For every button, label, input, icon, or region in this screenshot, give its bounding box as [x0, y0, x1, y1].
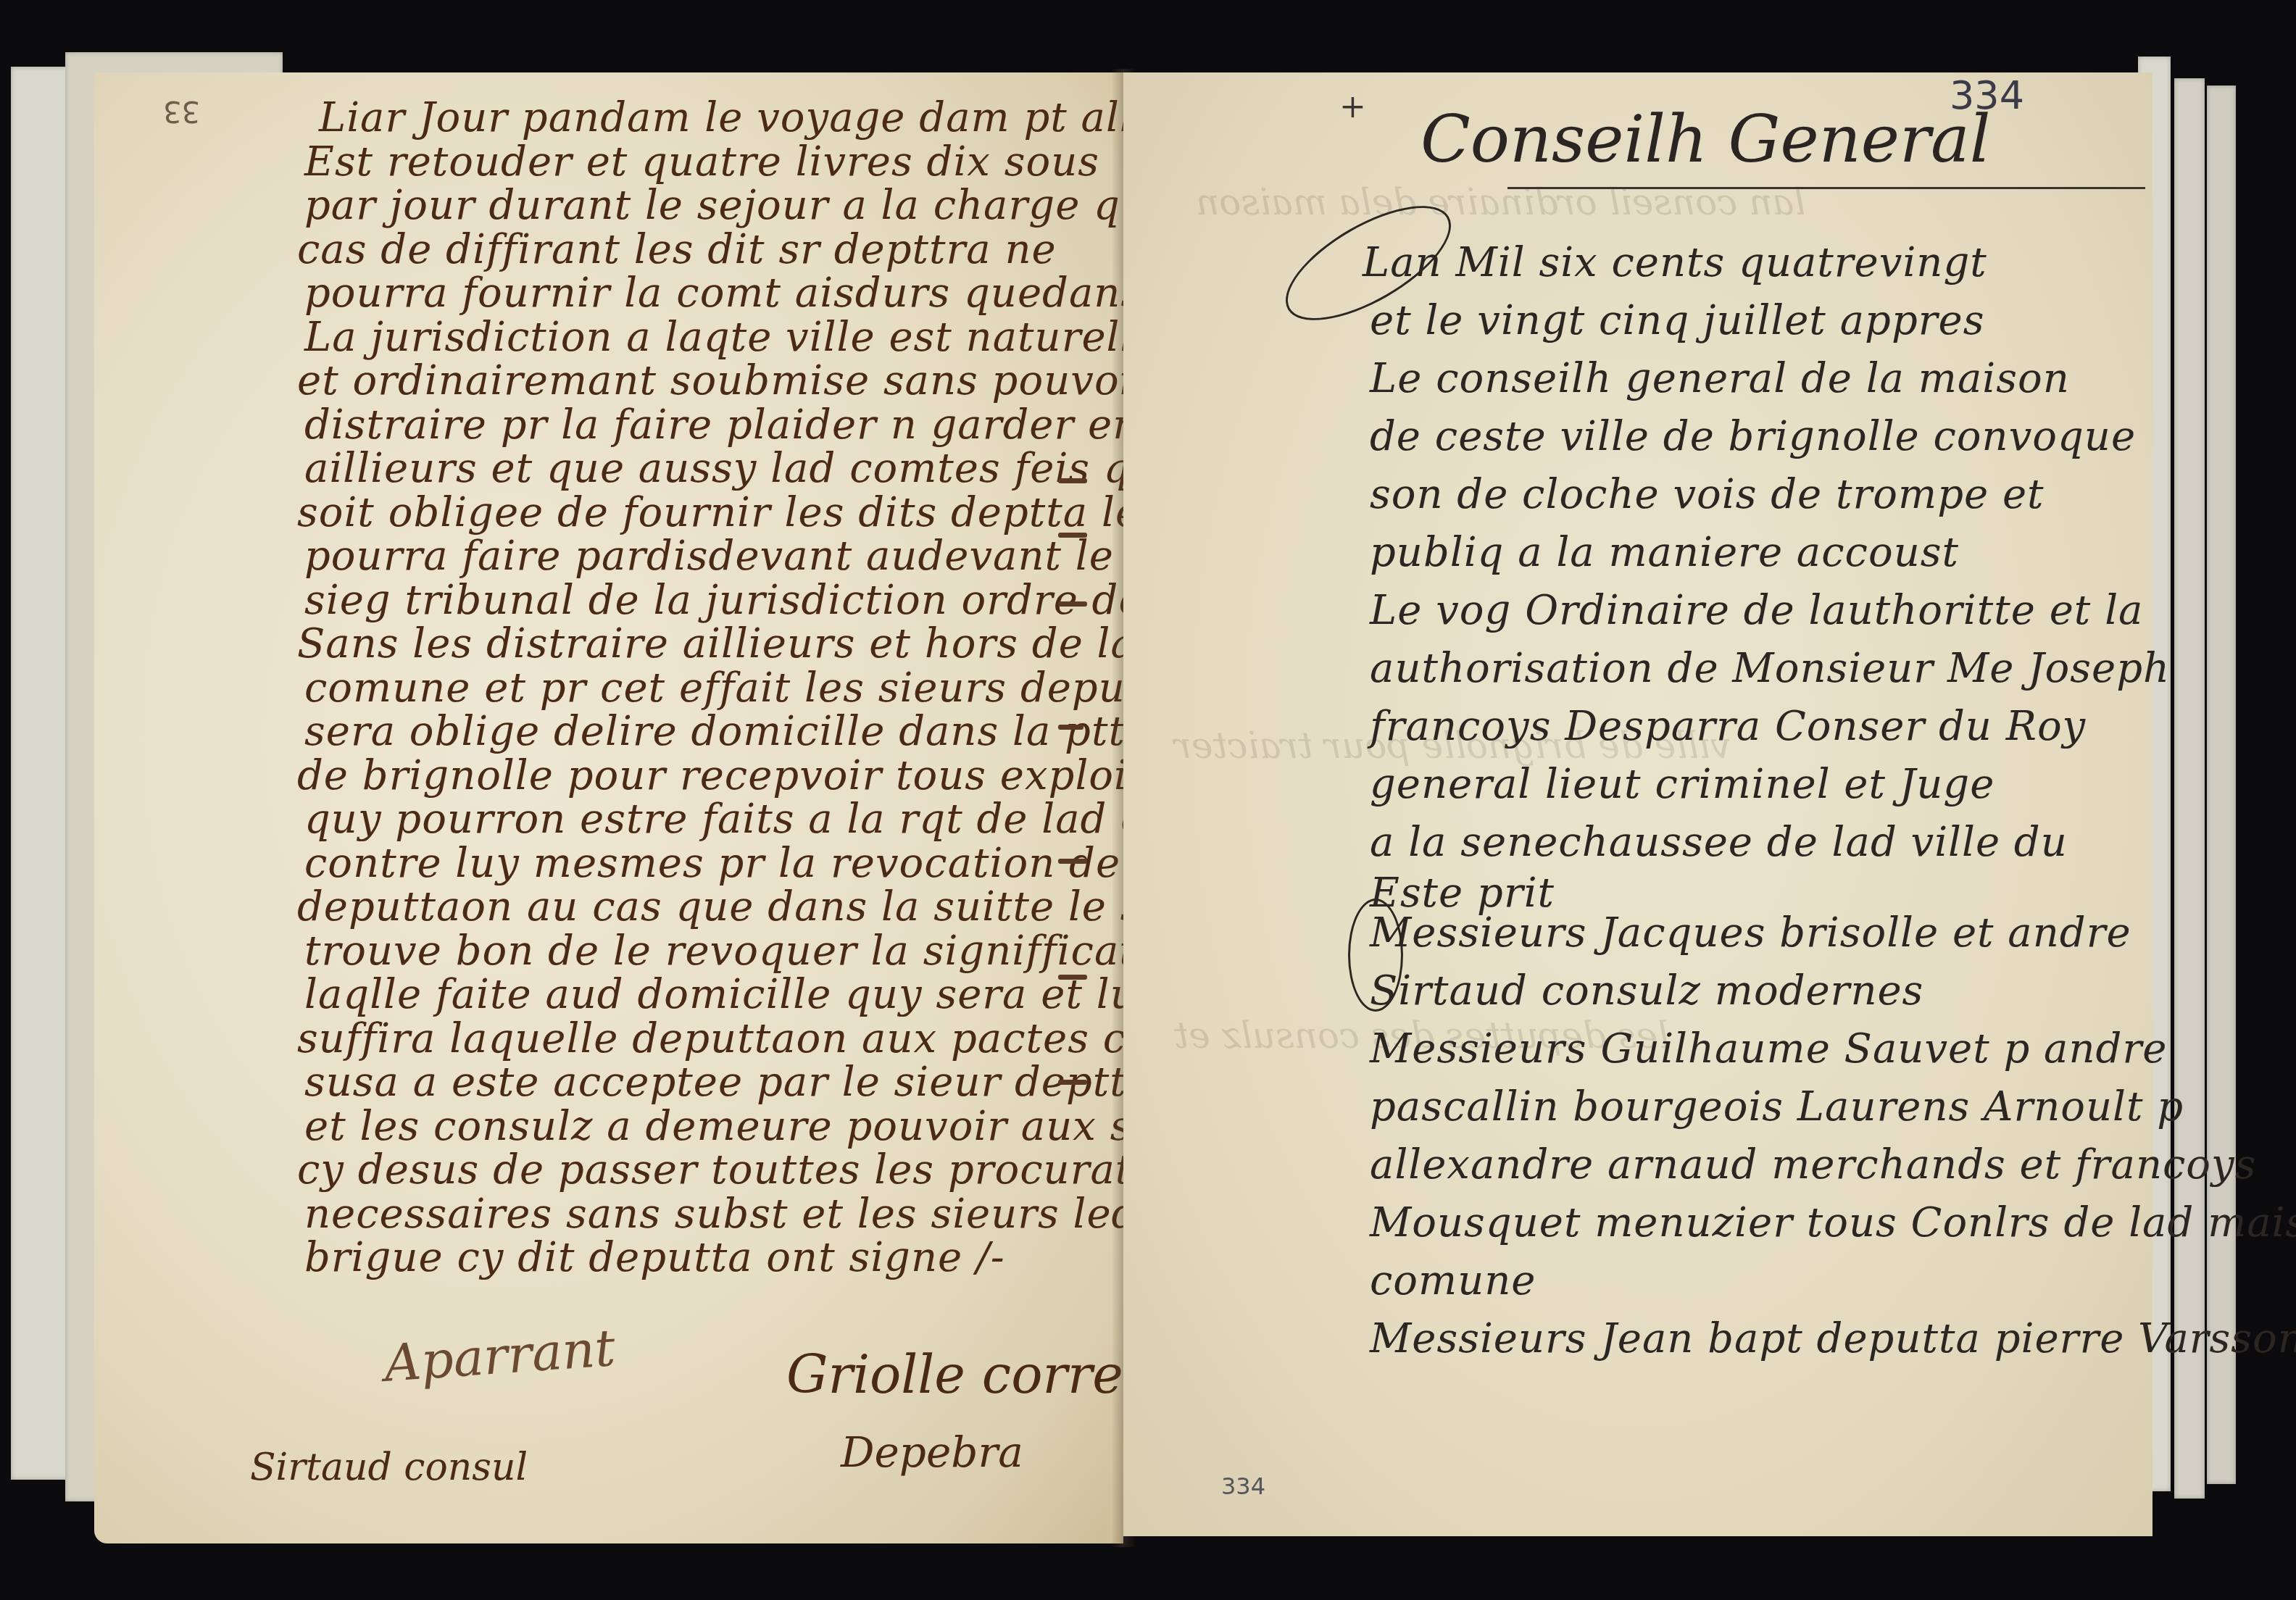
- manuscript-line: publiq a la maniere accoust: [1370, 529, 1959, 576]
- manuscript-line: brigue cy dit deputta ont signe /-: [304, 1234, 1005, 1281]
- manuscript-line: son de cloche vois de trompe et: [1370, 471, 2045, 518]
- manuscript-line: allexandre arnaud merchands et francoys: [1370, 1141, 2256, 1188]
- manuscript-line: et le vingt cinq juillet appres: [1370, 297, 1984, 344]
- manuscript-line: Sans les distraire aillieurs et hors de …: [297, 620, 1136, 667]
- manuscript-line: et les consulz a demeure pouvoir aux sie…: [304, 1103, 1239, 1150]
- manuscript-line: La jurisdiction a laqte ville est nature…: [304, 314, 1215, 361]
- underlying-page-right-3: [2207, 86, 2236, 1484]
- manuscript-line: pascallin bourgeois Laurens Arnoult p: [1370, 1083, 2184, 1130]
- manuscript-line: et ordinairemant soubmise sans pouvoir l…: [297, 357, 1205, 404]
- manuscript-line: de ceste ville de brignolle convoque: [1370, 413, 2136, 460]
- manuscript-line: general lieut criminel et Juge: [1370, 761, 1995, 808]
- signature-sirtaud: Sirtaud consul: [250, 1446, 528, 1489]
- manuscript-line: contre luy mesmes pr la revocation de sa: [304, 840, 1181, 887]
- line-filler-dash: [1058, 601, 1087, 607]
- line-filler-dash: [1058, 859, 1087, 864]
- manuscript-line: Messieurs Guilhaume Sauvet p andre: [1370, 1025, 2167, 1072]
- manuscript-line: quy pourron estre faits a la rqt de lad …: [304, 796, 1226, 843]
- manuscript-line: authorisation de Monsieur Me Joseph: [1370, 645, 2170, 692]
- line-filler-dash: [1058, 975, 1087, 980]
- manuscript-line: cy desus de passer touttes les procurati…: [297, 1146, 1220, 1193]
- cross-mark: +: [1339, 88, 1366, 125]
- manuscript-line: sieg tribunal de la jurisdiction ordre d…: [304, 577, 1232, 624]
- line-filler-dash: [1058, 533, 1087, 538]
- line-filler-dash: [1058, 725, 1083, 730]
- manuscript-line: necessaires sans subst et les sieurs led…: [304, 1191, 1169, 1238]
- manuscript-line: a la senechaussee de lad ville du: [1370, 819, 2068, 866]
- manuscript-line: de brignolle pour recepvoir tous exploit…: [297, 752, 1167, 799]
- pencil-page-number: 334: [1221, 1472, 1265, 1500]
- manuscript-line: Le vog Ordinaire de lauthoritte et la: [1370, 587, 2143, 634]
- manuscript-line: pourra fournir la comt aisdurs quedans: [304, 270, 1142, 317]
- underlying-page-right-2: [2174, 78, 2205, 1499]
- signature-griolle: Griolle corret: [786, 1344, 1144, 1405]
- manuscript-line: Le conseilh general de la maison: [1370, 355, 2070, 402]
- manuscript-line: Sirtaud consulz modernes: [1370, 967, 1923, 1014]
- manuscript-line: Messieurs Jacques brisolle et andre: [1370, 909, 2131, 957]
- manuscript-line: laqlle faite aud domicille quy sera et l…: [304, 971, 1160, 1018]
- manuscript-line: pourra faire pardisdevant audevant le: [304, 533, 1114, 580]
- manuscript-line: par jour durant le sejour a la charge qu…: [304, 182, 1171, 229]
- manuscript-line: francoys Desparra Conser du Roy: [1370, 703, 2086, 750]
- manuscript-line: cas de diffirant les dit sr depttra ne: [297, 226, 1057, 273]
- line-filler-dash: [1058, 478, 1087, 483]
- heading-underline: [1507, 187, 2145, 189]
- manuscript-line: soit obligee de fournir les dits deptta …: [297, 489, 1140, 536]
- manuscript-line: aillieurs et que aussy lad comtes feis q…: [304, 445, 1234, 492]
- manuscript-line: Liar Jour pandam le voyage dam pt allr: [319, 94, 1154, 141]
- line-filler-dash: [1058, 1080, 1087, 1085]
- left-folio-number: 33: [163, 94, 200, 128]
- manuscript-line: Mousquet menuzier tous Conlrs de lad mai…: [1370, 1199, 2296, 1246]
- manuscript-line: Lan Mil six cents quatrevingt: [1363, 239, 1987, 286]
- manuscript-line: deputtaon au cas que dans la suitte le s…: [297, 883, 1207, 930]
- manuscript-line: comune et pr cet effait les sieurs deput…: [304, 664, 1184, 712]
- manuscript-line: distraire pr la faire plaider n garder e…: [304, 401, 1139, 449]
- manuscript-line: comune: [1370, 1257, 1536, 1304]
- manuscript-line: Est retouder et quatre livres dix sous: [304, 138, 1099, 186]
- signature-depebra: Depebra: [841, 1428, 1023, 1477]
- section-heading: Conseilh General: [1421, 101, 1990, 178]
- manuscript-line: Messieurs Jean bapt deputta pierre Varss…: [1370, 1315, 2296, 1362]
- manuscript-line: sera oblige delire domicille dans la ptt…: [304, 708, 1253, 755]
